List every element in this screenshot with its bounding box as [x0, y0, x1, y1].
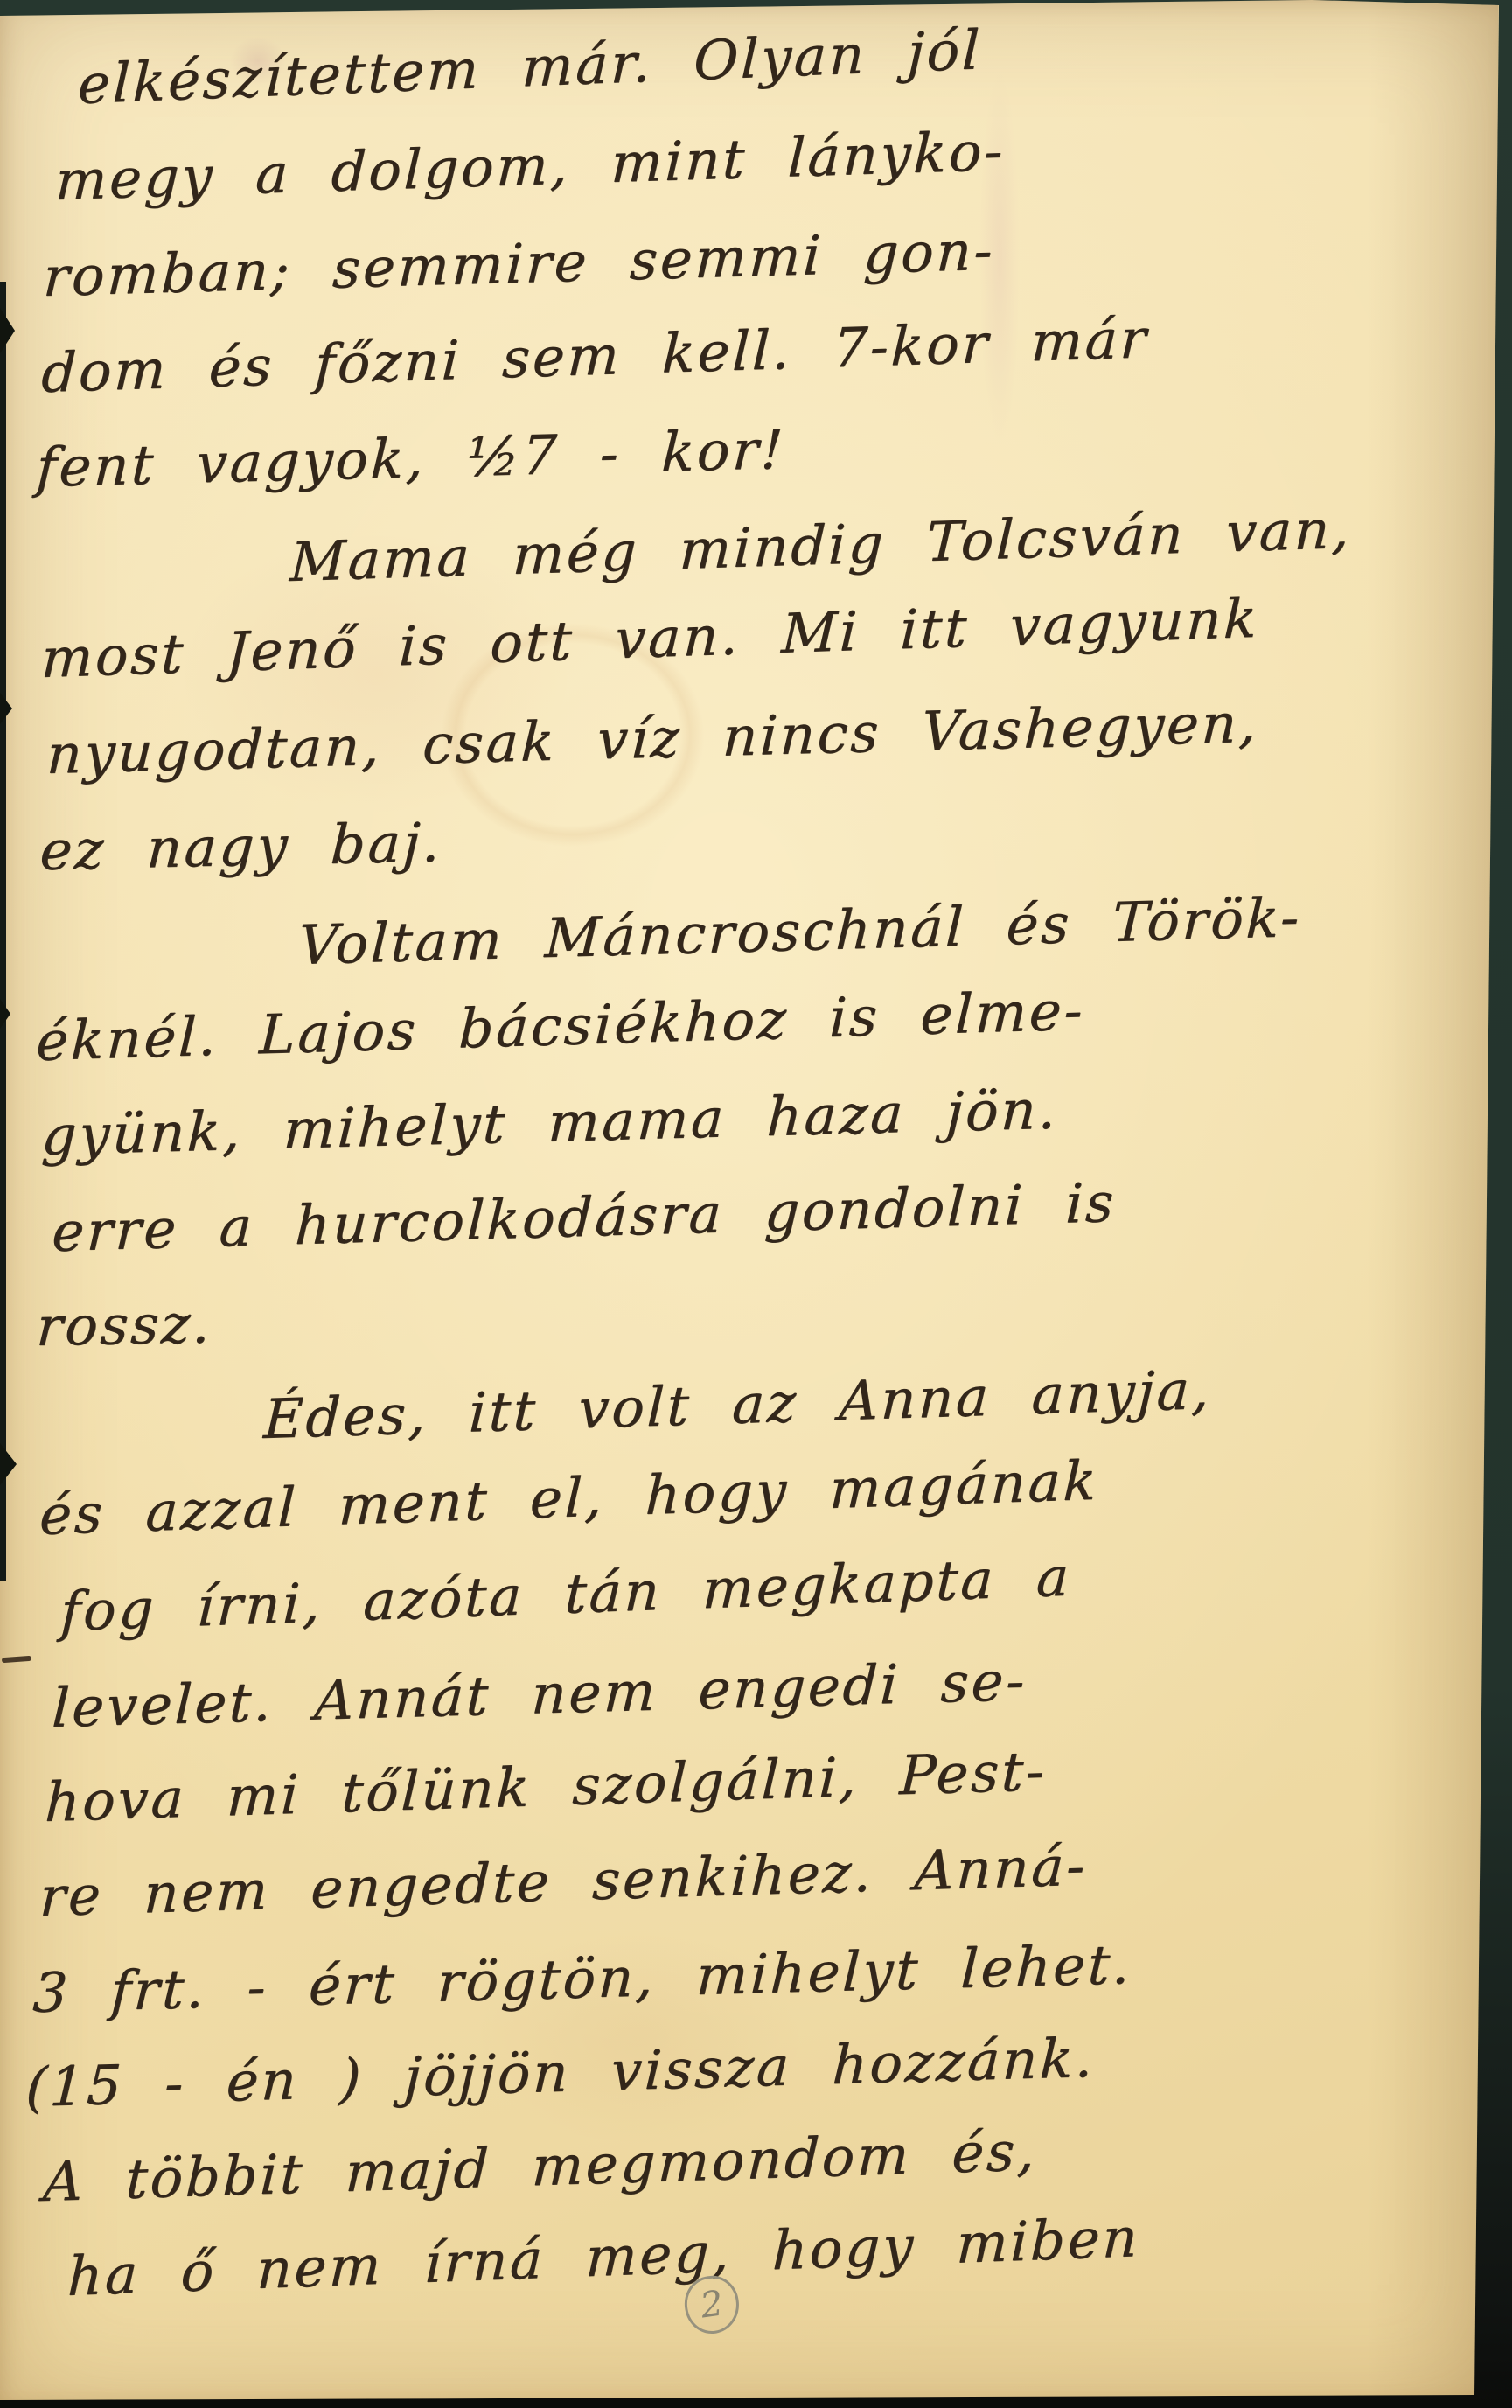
- handwritten-line: (15 - én ) jöjjön vissza hozzánk.: [24, 2026, 1097, 2119]
- handwritten-line: hova mi tőlünk szolgálni, Pest-: [44, 1739, 1048, 1834]
- scan-border-left: [0, 282, 6, 1581]
- handwritten-line: rossz.: [35, 1291, 214, 1358]
- letter-page: elkészítettem már. Olyan jól megy a dolg…: [0, 0, 1512, 2408]
- handwritten-line: romban; semmire semmi gon-: [42, 218, 996, 309]
- handwritten-line: re nem engedte senkihez. Anná-: [38, 1833, 1089, 1929]
- handwritten-line: fent vagyok, ½7 - kor!: [35, 417, 787, 499]
- handwritten-line: és azzal ment el, hogy magának: [38, 1448, 1100, 1547]
- ink-dash-mark: [2, 1656, 31, 1663]
- handwritten-line: 3 frt. - ért rögtön, mihelyt lehet.: [31, 1932, 1133, 2025]
- handwritten-line: ha ő nem írná meg, hogy miben: [66, 2205, 1141, 2308]
- handwritten-line: ez nagy baj.: [38, 810, 443, 883]
- handwritten-line: A többit majd megmondom és,: [42, 2118, 1038, 2214]
- handwritten-line: erre a hurcolkodásra gondolni is: [51, 1170, 1118, 1264]
- handwritten-line: fog írni, azóta tán megkapta a: [59, 1545, 1072, 1644]
- handwritten-line: gyünk, mihelyt mama haza jön.: [40, 1077, 1060, 1168]
- handwritten-line: éknél. Lajos bácsiékhoz is elme-: [35, 978, 1086, 1073]
- handwritten-line: levelet. Annát nem engedi se-: [51, 1649, 1028, 1740]
- scan-edge-shadow: [1367, 0, 1498, 2401]
- handwritten-line: dom és főzni sem kell. 7-kor már: [40, 306, 1150, 405]
- handwritten-line: most Jenő is ott van. Mi itt vagyunk: [40, 586, 1260, 690]
- handwritten-line: megy a dolgom, mint lányko-: [54, 119, 1007, 213]
- page-number: 2: [698, 2283, 726, 2326]
- handwritten-line paragraph-start: Mama még mindig Tolcsván van,: [289, 497, 1353, 594]
- handwritten-line: elkészítettem már. Olyan jól: [77, 17, 983, 116]
- handwritten-line paragraph-start: Édes, itt volt az Anna anyja,: [262, 1358, 1213, 1451]
- handwritten-line: nyugodtan, csak víz nincs Vashegyen,: [45, 691, 1260, 786]
- handwritten-line paragraph-start: Voltam Máncroschnál és Török-: [297, 885, 1303, 977]
